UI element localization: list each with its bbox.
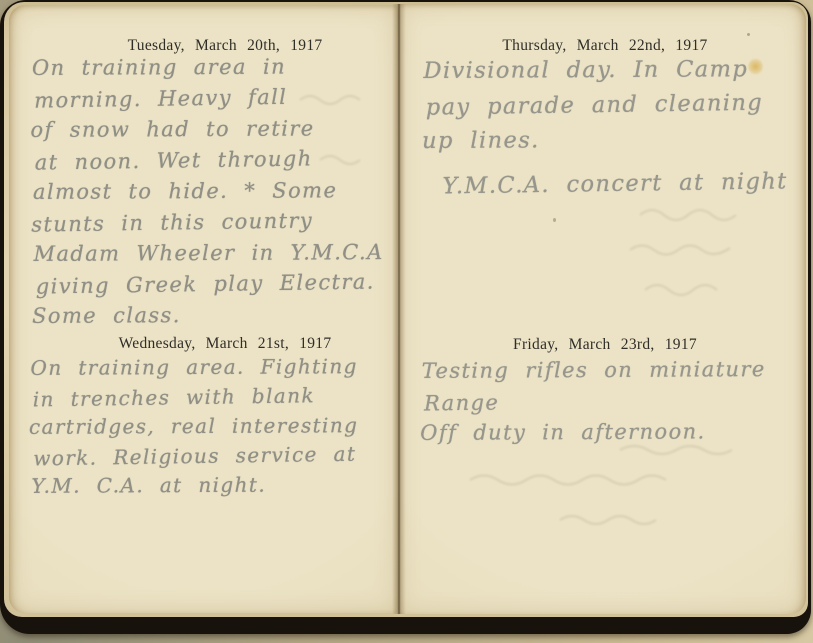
- entry-line: Range: [424, 383, 766, 419]
- entry-date-header-wednesday: Wednesday, March 21st, 1917: [60, 335, 390, 353]
- entry-line: Divisional day. In Camp: [423, 52, 786, 89]
- binding-gutter: [392, 4, 406, 614]
- entry-line: Madam Wheeler in Y.M.C.A: [33, 237, 383, 270]
- diary-entry-tuesday: On training area in morning. Heavy fall …: [32, 50, 385, 332]
- entry-line: up lines.: [422, 122, 787, 159]
- diary-entry-wednesday: On training area. Fighting in trenches w…: [30, 352, 359, 502]
- diary-scan: Tuesday, March 20th, 1917 On training ar…: [0, 0, 813, 643]
- entry-line: Some class.: [32, 299, 384, 332]
- entry-date-header-friday: Friday, March 23rd, 1917: [420, 336, 790, 354]
- entry-line: at noon. Wet through: [35, 142, 384, 178]
- entry-line: giving Greek play Electra.: [36, 266, 385, 302]
- pencil-speck: [553, 218, 556, 222]
- entry-line: of snow had to retire: [30, 113, 382, 146]
- entry-line: Testing rifles on miniature: [422, 354, 766, 387]
- entry-line: stunts in this country: [31, 204, 384, 240]
- entry-line: pay parade and cleaning: [426, 85, 788, 125]
- diary-entry-thursday: Divisional day. In Camp pay parade and c…: [423, 51, 787, 203]
- entry-line: Y.M.C.A. concert at night: [426, 164, 788, 204]
- entry-line: On training area. Fighting: [30, 352, 357, 383]
- diary-entry-friday: Testing rifles on miniature Range Off du…: [422, 354, 767, 450]
- entry-line: On training area in: [32, 51, 382, 84]
- entry-line: almost to hide. * Some: [33, 175, 383, 208]
- entry-line: Y.M. C.A. at night.: [31, 470, 358, 501]
- entry-line: cartridges, real interesting: [29, 411, 358, 442]
- entry-line: Off duty in afternoon.: [420, 416, 766, 449]
- entry-line: in trenches with blank: [33, 380, 359, 414]
- entry-line: morning. Heavy fall: [34, 80, 383, 116]
- pencil-speck: [747, 33, 750, 36]
- entry-line: work. Religious service at: [33, 439, 359, 473]
